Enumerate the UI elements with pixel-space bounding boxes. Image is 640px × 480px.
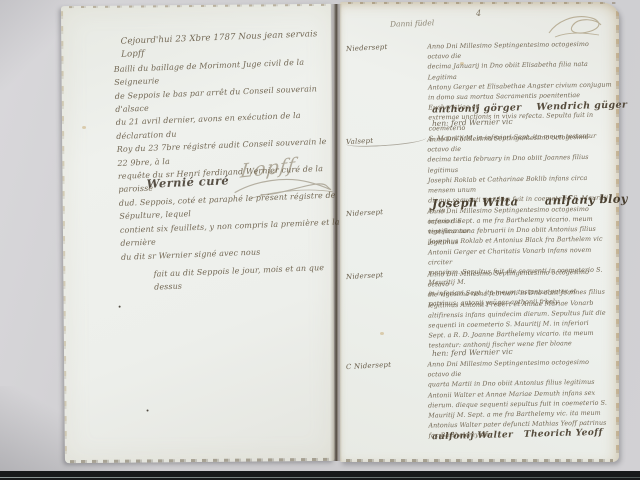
entry-text: Anno Dni Millesimo Septingentesimo octog… <box>427 267 612 352</box>
vicar-attestation: hen: ferd Wernier vic <box>432 347 513 358</box>
right-page-foxed-edge <box>616 11 619 457</box>
entry-margin-placename: C Nidersept <box>346 359 426 371</box>
signature-flourish-icon <box>230 172 340 203</box>
left-manuscript-page: Cejourd'hui 23 Xbre 1787 Nous jean serva… <box>61 4 335 463</box>
book-gutter-shadow <box>330 4 342 461</box>
french-act-paragraph: Cejourd'hui 23 Xbre 1787 Nous jean serva… <box>112 28 342 296</box>
manuscript-line: Anno Dni Millesimo Septingentesimo octog… <box>427 39 611 62</box>
scanner-bed-edge <box>0 471 640 480</box>
ink-speck <box>147 409 149 411</box>
right-manuscript-page: 4 Danni füdel Niedersept Anno Dni Milles… <box>340 2 619 462</box>
entry-margin-placename: Nidersept <box>346 206 426 218</box>
scanned-register-photo: Cejourd'hui 23 Xbre 1787 Nous jean serva… <box>0 0 640 480</box>
page-number: 4 <box>476 9 481 18</box>
manuscript-line: Antonii Gerger et Charitatis Vonarb infa… <box>428 244 612 267</box>
manuscript-line: Anno Dni Millesimo Septingentesimo octog… <box>427 357 611 380</box>
entry-margin-placename: Valsept <box>346 134 426 148</box>
scanner-bed-highlight <box>0 477 640 478</box>
page-heading: Danni füdel <box>390 18 434 29</box>
manuscript-line: Anno Dni Millesimo Septingentesimo octog… <box>427 267 611 290</box>
manuscript-line: vigesima nona februarii in Dno obiit Ant… <box>428 224 612 247</box>
manuscript-line: decima Januarij in Dno obiit Elisabetha … <box>428 59 612 82</box>
entry-text: Anno Dni Millesimo Septingentesimo octog… <box>427 39 613 144</box>
ink-speck <box>119 306 121 308</box>
manuscript-closing-line: fait au dit Seppois le jour, mois et an … <box>153 260 342 294</box>
foxing-spot <box>82 126 86 129</box>
manuscript-line: Anno Dni Millesimo Septingentesimo octog… <box>427 132 611 155</box>
foxing-spot <box>380 332 384 335</box>
manuscript-line: decima tertia february in Dno obiit Joan… <box>427 152 611 175</box>
manuscript-line: Anno Dni Millesimo Septingentesimo octog… <box>427 204 611 227</box>
pencil-scribble-icon <box>543 7 607 43</box>
entry-margin-placename: Niedersept <box>346 41 426 53</box>
entry-margin-placename: Nidersept <box>346 269 426 281</box>
